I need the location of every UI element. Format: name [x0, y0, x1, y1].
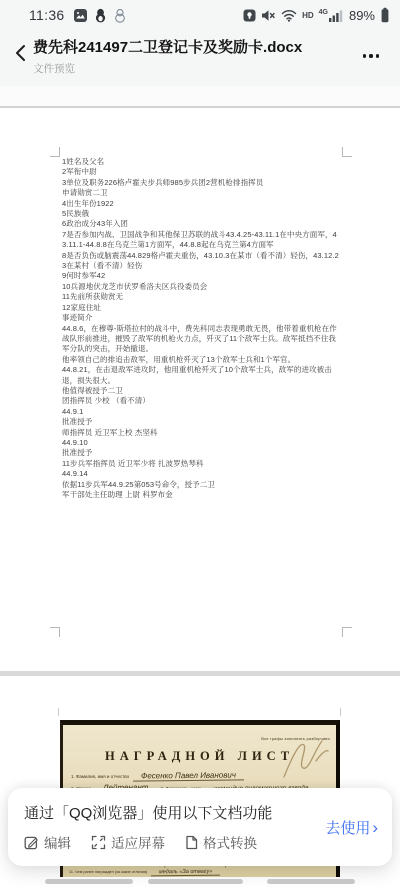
edit-icon — [24, 835, 39, 850]
qq-browser-promo-card: 通过「QQ浏览器」使用以下文档功能 编辑 适应屏幕 — [8, 788, 392, 866]
doc-line: 44.9.14 — [62, 469, 343, 479]
doc-line: 师指挥员 近卫军上校 杰坚科 — [62, 428, 343, 438]
doc-line: 7是否参加内战、卫国战争和其他保卫苏联的战斗43.4.25-43.11.1在中央… — [62, 230, 343, 251]
title-bar: 费先科241497二卫登记卡及奖励卡.docx 文件预览 — [0, 30, 400, 86]
scan-field1-label: 1. Фамилия, имя и отчество — [71, 774, 129, 779]
doc-line: 12家庭住址 — [62, 303, 343, 313]
promo-title: 通过「QQ浏览器」使用以下文档功能 — [24, 802, 272, 823]
doc-line: 申请勋赏二卫 — [62, 188, 343, 198]
page-margin-mark — [58, 708, 59, 716]
header-strip — [0, 86, 400, 106]
gallery-icon — [73, 8, 88, 23]
fit-screen-button[interactable]: 适应屏幕 — [91, 832, 165, 852]
document-preview-scroll[interactable]: 1姓名及父名2军衔中尉3单位及职务226格卢霍夫步兵师985步兵团2营机枪排指挥… — [0, 108, 400, 889]
doc-line: 事迹简介 — [62, 313, 343, 323]
format-convert-button[interactable]: 格式转换 — [185, 832, 257, 852]
doc-line: 4出生年份1922 — [62, 199, 343, 209]
doc-line: 8是否负伤或脑震荡44.829格卢霍夫重伤，43.10.3在某市（看不清）轻伤，… — [62, 251, 343, 272]
doc-line: 5民族俄 — [62, 209, 343, 219]
page-subtitle: 文件预览 — [33, 61, 333, 76]
phone-screen: 11:36 HD 4G — [0, 0, 400, 889]
page-margin-mark — [342, 627, 352, 637]
page-margin-mark — [340, 708, 341, 716]
doc-line: 44.9.1 — [62, 407, 343, 417]
secure-icon — [243, 9, 256, 22]
qq-outline-icon — [113, 8, 127, 23]
doc-line: 1姓名及父名 — [62, 157, 343, 167]
page-title: 费先科241497二卫登记卡及奖励卡.docx — [33, 36, 333, 57]
battery-percent: 89% — [349, 8, 375, 23]
doc-line: 10兵源地伏龙芝市伏罗希洛夫区兵役委员会 — [62, 282, 343, 292]
doc-line: 11先前所获勋赏无 — [62, 292, 343, 302]
doc-line: 他率领自己的排追击敌军，用重机枪歼灭了13个敌军士兵和1个军官。 — [62, 355, 343, 365]
fit-screen-label: 适应屏幕 — [111, 832, 165, 852]
bottom-bar — [45, 879, 133, 884]
status-bar: 11:36 HD 4G — [0, 0, 400, 30]
mute-icon — [261, 9, 276, 22]
qq-icon — [94, 8, 107, 23]
doc-line: 11步兵军指挥员 近卫军少将 扎波罗热琴科 — [62, 459, 343, 469]
signal-icon: 4G — [319, 9, 343, 22]
scan-field1-value: Фесенко Павел Иванович — [133, 770, 244, 781]
wifi-icon — [281, 9, 297, 22]
clock: 11:36 — [29, 7, 65, 23]
doc-line: 6政治成分43年入团 — [62, 219, 343, 229]
scan-title: НАГРАДНОЙ ЛИСТ — [63, 749, 336, 764]
doc-line: 2军衔中尉 — [62, 167, 343, 177]
fit-screen-icon — [91, 835, 106, 850]
doc-text: 1姓名及父名2军衔中尉3单位及职务226格卢霍夫步兵师985步兵团2营机枪排指挥… — [62, 157, 343, 500]
doc-line: 44.8.21，在击退敌军进攻时，他用重机枪歼灭了10个敌军士兵，敌军的进攻被击… — [62, 365, 343, 386]
doc-line: 团指挥员 少校 （看不清） — [62, 396, 343, 406]
doc-line: 44.8.6，在穆尊-斯塔拉村的战斗中，费先科同志表现勇敢无畏，他带着重机枪在作… — [62, 324, 343, 355]
page-margin-mark — [50, 627, 60, 637]
page-margin-mark — [342, 147, 352, 157]
go-use-link[interactable]: 去使用 › — [325, 817, 378, 838]
doc-line: 3单位及职务226格卢霍夫步兵师985步兵团2营机枪排指挥员 — [62, 178, 343, 188]
doc-line: 批准授予 — [62, 448, 343, 458]
doc-line: 他值得被授予二卫 — [62, 386, 343, 396]
format-convert-label: 格式转换 — [203, 832, 257, 852]
doc-line: 军干部处主任助理 上尉 科罗布金 — [62, 490, 343, 500]
scan-strip-value: медаль «За отвагу» — [151, 869, 220, 877]
page-break-divider — [0, 671, 400, 676]
edit-label: 编辑 — [44, 832, 71, 852]
chevron-right-icon: › — [372, 820, 378, 835]
doc-line: 9何时参军42 — [62, 271, 343, 281]
back-button[interactable] — [8, 40, 32, 66]
page-margin-mark — [50, 147, 60, 157]
format-convert-icon — [185, 835, 198, 850]
doc-line: 批准授予 — [62, 417, 343, 427]
doc-line: 依据11步兵军44.9.25第053号命令，授予二卫 — [62, 480, 343, 490]
scan-strip-label: 11. Чем ранее награжден (за какие отличи… — [69, 870, 147, 874]
battery-icon — [380, 7, 390, 23]
edit-button[interactable]: 编辑 — [24, 832, 71, 852]
more-menu-button[interactable] — [358, 48, 384, 64]
bottom-bar — [267, 879, 355, 884]
doc-line: 44.9.10 — [62, 438, 343, 448]
hd-label: HD — [302, 11, 314, 20]
bottom-bar — [148, 879, 243, 884]
